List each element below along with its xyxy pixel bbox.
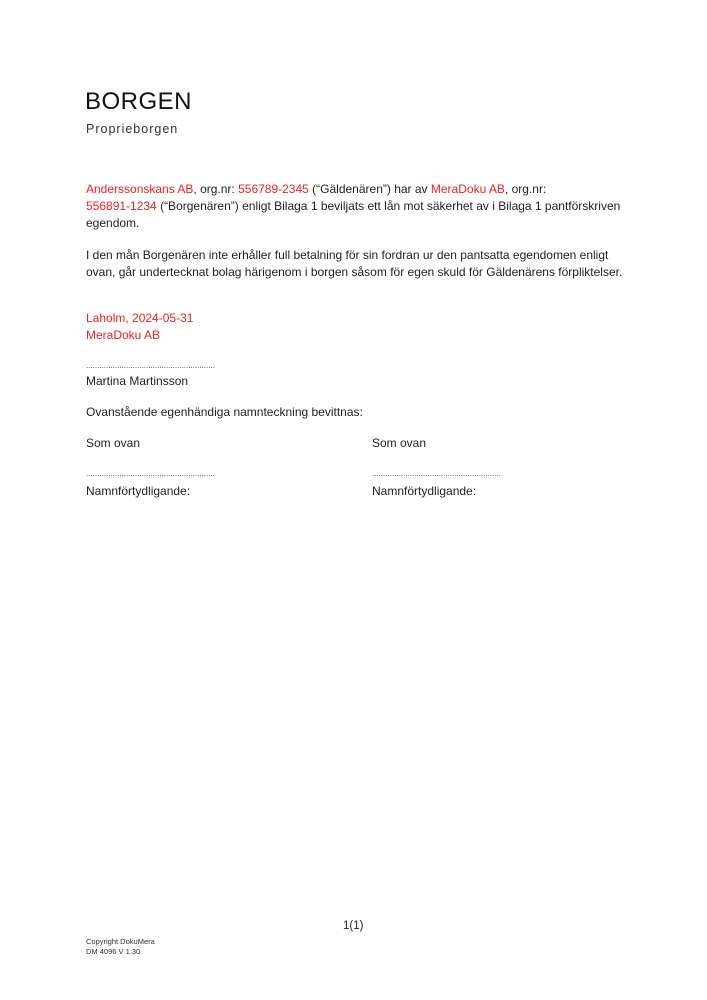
debtor-orgnr: 556789-2345: [238, 182, 309, 196]
witness-intro: Ovanstående egenhändiga namnteckning bev…: [86, 404, 363, 421]
signature-line: ........................................…: [86, 362, 215, 370]
signatory-name: Martina Martinsson: [86, 373, 188, 390]
place-date-block: Laholm, 2024-05-31 MeraDoku AB: [86, 310, 626, 344]
witness-2-name-label: Namnförtydligande:: [372, 483, 476, 500]
copyright-text: Copyright DokuMera: [86, 937, 155, 947]
document-title: BORGEN: [85, 88, 192, 116]
text-segment: (“Gäldenären”) har av: [309, 182, 431, 196]
debtor-name: Anderssonskans AB: [86, 182, 193, 196]
guarantee-paragraph: I den mån Borgenären inte erhåller full …: [86, 247, 626, 281]
place-date: Laholm, 2024-05-31: [86, 310, 626, 327]
version-text: DM 4096 V 1.30: [86, 947, 140, 957]
company-name: MeraDoku AB: [86, 327, 626, 344]
witness-1-label: Som ovan: [86, 435, 140, 452]
text-segment: , org.nr:: [193, 182, 238, 196]
parties-paragraph: Anderssonskans AB, org.nr: 556789-2345 (…: [86, 181, 626, 232]
page-number: 1(1): [343, 920, 363, 932]
text-segment: (“Borgenären”) enligt Bilaga 1 beviljats…: [86, 199, 620, 230]
document-page: BORGEN Proprieborgen Anderssonskans AB, …: [0, 0, 707, 1000]
witness-2-label: Som ovan: [372, 435, 426, 452]
creditor-orgnr: 556891-1234: [86, 199, 157, 213]
witness-2-signature-line: ........................................…: [372, 470, 501, 478]
document-subtitle: Proprieborgen: [86, 122, 178, 136]
witness-1-signature-line: ........................................…: [86, 470, 215, 478]
creditor-name: MeraDoku AB: [431, 182, 505, 196]
witness-1-name-label: Namnförtydligande:: [86, 483, 190, 500]
text-segment: , org.nr:: [505, 182, 546, 196]
